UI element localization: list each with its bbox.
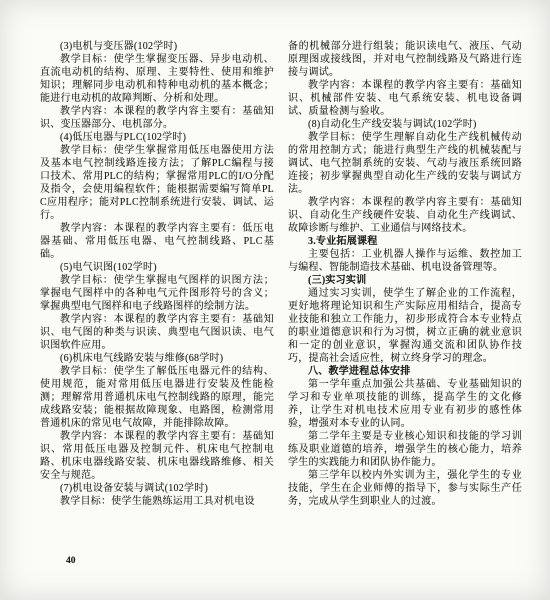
- teaching-objective-paragraph: 教学目标：使学生理解自动化生产线机械传动的常用控制方式；能进行典型生产线的机械装…: [288, 131, 522, 196]
- body-paragraph: 第三学年以校内外实训为主，强化学生的专业技能，学生在企业师傅的指导下，参与实际生…: [288, 469, 522, 508]
- course-title: (8)自动化生产线安装与调试(102学时): [288, 118, 522, 131]
- teaching-content-paragraph: 教学内容：本课程的教学内容主要有：低压电器基础、常用低压电器、电气控制线路、PL…: [40, 222, 274, 261]
- subsection-heading: (三)实习实训: [288, 274, 522, 287]
- teaching-content-paragraph: 教学内容：本课程的教学内容主要有：基础知识、自动化生产线硬件安装、自动化生产线调…: [288, 196, 522, 235]
- document-page: (3)电机与变压器(102学时) 教学目标：使学生掌握变压器、异步电动机、直流电…: [0, 0, 550, 600]
- teaching-content-paragraph: 教学内容：本课程的教学内容主要有：基础知识、机械部件安装、电气系统安装、机电设备…: [288, 79, 522, 118]
- page-number: 40: [66, 556, 76, 566]
- course-title: (6)机床电气线路安装与维修(68学时): [40, 352, 274, 365]
- teaching-objective-paragraph: 教学目标：使学生掌握常用低压电器使用方法及基本电气控制线路连接方法；了解PLC编…: [40, 144, 274, 222]
- teaching-objective-paragraph: 教学目标：使学生掌握电气图样的识图方法；掌握电气图样中的各种电气元件图形符号的含…: [40, 274, 274, 313]
- body-paragraph: 第二学年主要是专业核心知识和技能的学习训练及职业道德的培养，增强学生的核心能力，…: [288, 430, 522, 469]
- section-heading: 八、教学进程总体安排: [288, 365, 522, 378]
- body-paragraph: 第一学年重点加强公共基础、专业基础知识的学习和专业单项技能的训练，提高学生的文化…: [288, 378, 522, 430]
- course-title: (5)电气识图(102学时): [40, 261, 274, 274]
- teaching-content-paragraph: 教学内容：本课程的教学内容主要有：基础知识、常用低压电器及控制元件、机床电气控制…: [40, 430, 274, 482]
- teaching-objective-paragraph: 教学目标：使学生了解低压电器元件的结构、使用规范，能对常用低压电器进行安装及性能…: [40, 365, 274, 430]
- course-title: (7)机电设备安装与调试(102学时): [40, 482, 274, 495]
- course-title: (3)电机与变压器(102学时): [40, 40, 274, 53]
- teaching-content-paragraph: 教学内容：本课程的教学内容主要有：基础知识、电气图的种类与识读、典型电气图识读、…: [40, 313, 274, 352]
- teaching-content-paragraph: 教学内容：本课程的教学内容主要有：基础知识、变压器部分、电机部分。: [40, 105, 274, 131]
- course-title: (4)低压电器与PLC(102学时): [40, 131, 274, 144]
- subsection-heading: 3.专业拓展课程: [288, 235, 522, 248]
- teaching-objective-paragraph: 教学目标：使学生能熟练运用工具对机电设: [40, 495, 274, 508]
- continuation-paragraph: 备的机械部分进行组装；能识读电气、液压、气动原理图或接线图，并对电气控制线路及气…: [288, 40, 522, 79]
- text-columns: (3)电机与变压器(102学时) 教学目标：使学生掌握变压器、异步电动机、直流电…: [40, 40, 522, 508]
- right-column: 备的机械部分进行组装；能识读电气、液压、气动原理图或接线图，并对电气控制线路及气…: [288, 40, 522, 508]
- left-column: (3)电机与变压器(102学时) 教学目标：使学生掌握变压器、异步电动机、直流电…: [40, 40, 274, 508]
- body-paragraph: 通过实习实训，使学生了解企业的工作流程，更好地将理论知识和生产实际应用相结合，提…: [288, 287, 522, 365]
- body-paragraph: 主要包括：工业机器人操作与运维、数控加工与编程、智能制造技术基础、机电设备管理等…: [288, 248, 522, 274]
- teaching-objective-paragraph: 教学目标：使学生掌握变压器、异步电动机、直流电动机的结构、原理、主要特性、使用和…: [40, 53, 274, 105]
